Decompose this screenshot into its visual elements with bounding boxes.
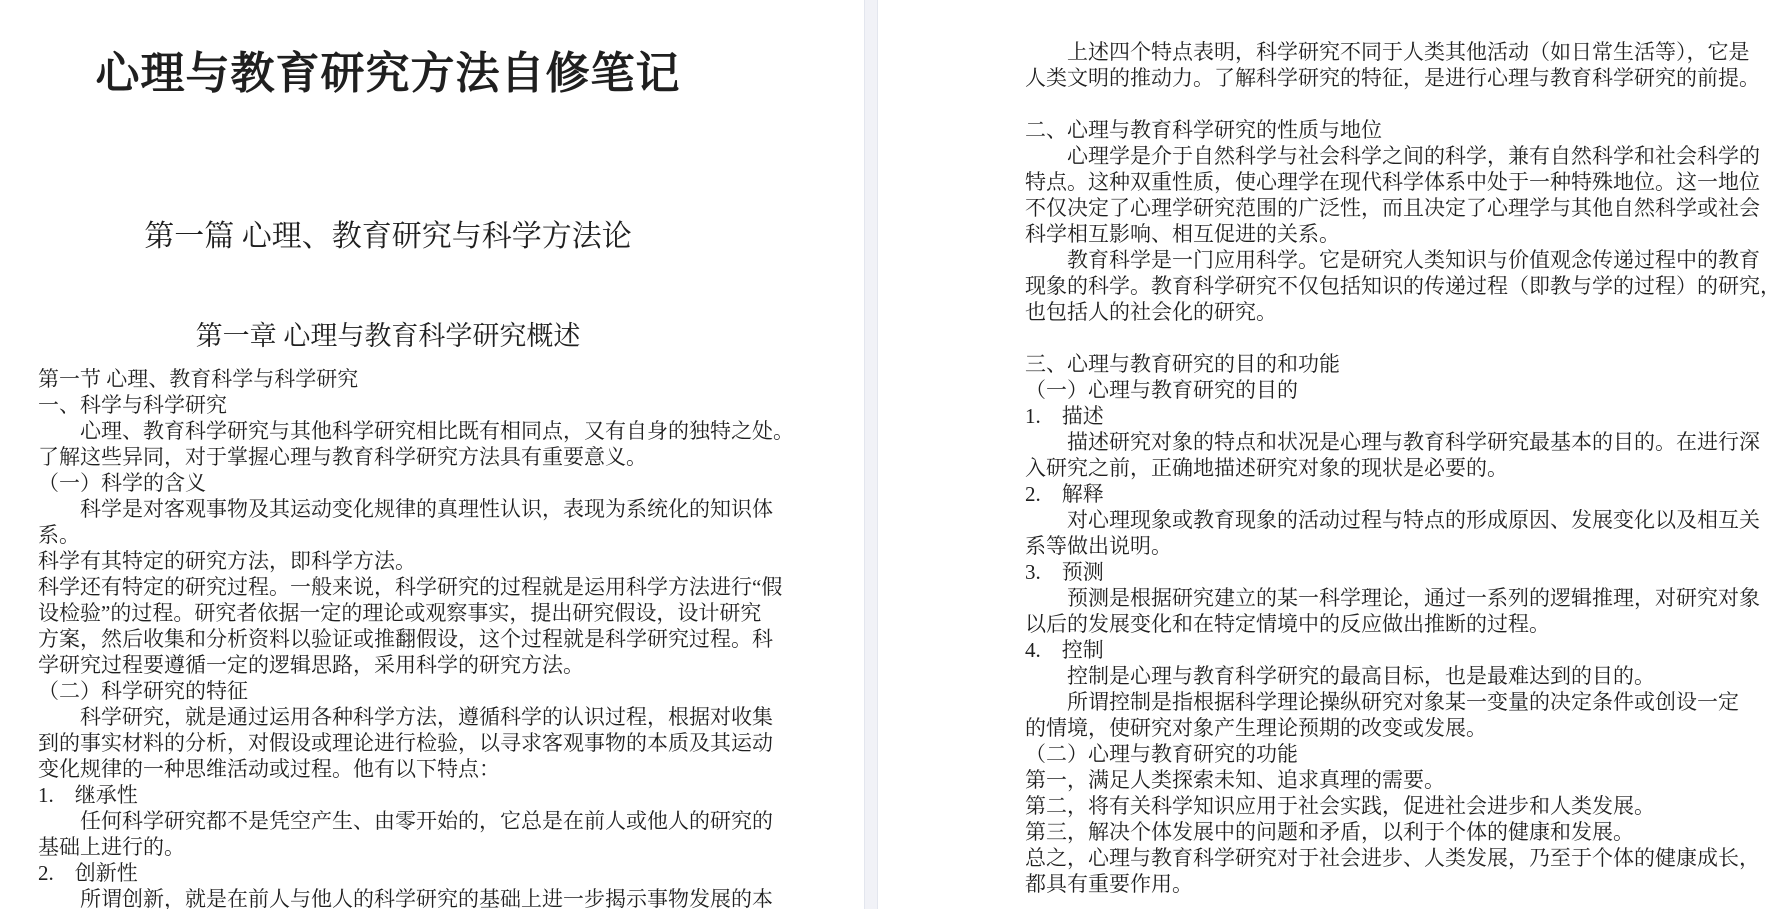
- text-line: 第二，将有关科学知识应用于社会实践，促进社会进步和人类发展。: [1025, 793, 1725, 819]
- text-line: 第一，满足人类探索未知、追求真理的需要。: [1025, 767, 1725, 793]
- page-gutter-divider: [864, 0, 878, 909]
- text-line: 一、科学与科学研究: [38, 392, 738, 418]
- text-line: 第一节 心理、教育科学与科学研究: [38, 366, 738, 392]
- text-line: 科学有其特定的研究方法，即科学方法。: [38, 548, 738, 574]
- text-line: 对心理现象或教育现象的活动过程与特点的形成原因、发展变化以及相互关: [1025, 507, 1725, 533]
- text-line: 以后的发展变化和在特定情境中的反应做出推断的过程。: [1025, 611, 1725, 637]
- chapter-heading: 第一章 心理与教育科学研究概述: [38, 320, 738, 352]
- text-line: 学研究过程要遵循一定的逻辑思路，采用科学的研究方法。: [38, 652, 738, 678]
- part-heading: 第一篇 心理、教育研究与科学方法论: [38, 219, 738, 255]
- text-line: 上述四个特点表明，科学研究不同于人类其他活动（如日常生活等），它是: [1025, 39, 1725, 65]
- text-line: 科学还有特定的研究过程。一般来说，科学研究的过程就是运用科学方法进行“假: [38, 574, 738, 600]
- text-line: 三、心理与教育研究的目的和功能: [1025, 351, 1725, 377]
- text-line: （二）心理与教育研究的功能: [1025, 741, 1725, 767]
- text-line: （一）心理与教育研究的目的: [1025, 377, 1725, 403]
- text-line: 不仅决定了心理学研究范围的广泛性，而且决定了心理学与其他自然科学或社会: [1025, 195, 1725, 221]
- text-line: 也包括人的社会化的研究。: [1025, 299, 1725, 325]
- text-line: 3. 预测: [1025, 559, 1725, 585]
- text-line: 科学研究，就是通过运用各种科学方法，遵循科学的认识过程，根据对收集: [38, 704, 738, 730]
- text-line: 总之，心理与教育科学研究对于社会进步、人类发展，乃至于个体的健康成长，: [1025, 845, 1725, 871]
- text-line: 1. 继承性: [38, 782, 738, 808]
- text-line: 预测是根据研究建立的某一科学理论，通过一系列的逻辑推理，对研究对象: [1025, 585, 1725, 611]
- text-line: 2. 解释: [1025, 481, 1725, 507]
- text-line: 教育科学是一门应用科学。它是研究人类知识与价值观念传递过程中的教育: [1025, 247, 1725, 273]
- text-line: 了解这些异同，对于掌握心理与教育科学研究方法具有重要意义。: [38, 444, 738, 470]
- text-line: 系等做出说明。: [1025, 533, 1725, 559]
- text-line: 科学是对客观事物及其运动变化规律的真理性认识，表现为系统化的知识体: [38, 496, 738, 522]
- document-viewport[interactable]: 心理与教育研究方法自修笔记 第一篇 心理、教育研究与科学方法论 第一章 心理与教…: [0, 0, 1773, 909]
- page-1-text-column: 第一节 心理、教育科学与科学研究一、科学与科学研究 心理、教育科学研究与其他科学…: [38, 366, 738, 909]
- text-line: 系。: [38, 522, 738, 548]
- text-line: 方案，然后收集和分析资料以验证或推翻假设，这个过程就是科学研究过程。科: [38, 626, 738, 652]
- text-line: 心理、教育科学研究与其他科学研究相比既有相同点，又有自身的独特之处。: [38, 418, 738, 444]
- page-2-text-column: 上述四个特点表明，科学研究不同于人类其他活动（如日常生活等），它是人类文明的推动…: [1025, 39, 1725, 897]
- text-line: 人类文明的推动力。了解科学研究的特征，是进行心理与教育科学研究的前提。: [1025, 65, 1725, 91]
- text-line: 二、心理与教育科学研究的性质与地位: [1025, 117, 1725, 143]
- text-line: 特点。这种双重性质，使心理学在现代科学体系中处于一种特殊地位。这一地位: [1025, 169, 1725, 195]
- text-line: 第三，解决个体发展中的问题和矛盾，以利于个体的健康和发展。: [1025, 819, 1725, 845]
- text-line: 都具有重要作用。: [1025, 871, 1725, 897]
- text-line: 心理学是介于自然科学与社会科学之间的科学，兼有自然科学和社会科学的: [1025, 143, 1725, 169]
- text-line: 科学相互影响、相互促进的关系。: [1025, 221, 1725, 247]
- text-line: 的情境，使研究对象产生理论预期的改变或发展。: [1025, 715, 1725, 741]
- text-line: 现象的科学。教育科学研究不仅包括知识的传递过程（即教与学的过程）的研究，: [1025, 273, 1725, 299]
- text-line: 所谓创新，就是在前人与他人的科学研究的基础上进一步揭示事物发展的本: [38, 886, 738, 909]
- text-line: 变化规律的一种思维活动或过程。他有以下特点：: [38, 756, 738, 782]
- text-line: 所谓控制是指根据科学理论操纵研究对象某一变量的决定条件或创设一定: [1025, 689, 1725, 715]
- text-line: （一）科学的含义: [38, 470, 738, 496]
- document-title: 心理与教育研究方法自修笔记: [38, 48, 738, 100]
- text-line: 基础上进行的。: [38, 834, 738, 860]
- text-line: 4. 控制: [1025, 637, 1725, 663]
- text-line: 2. 创新性: [38, 860, 738, 886]
- text-line: [1025, 325, 1725, 351]
- text-line: 到的事实材料的分析，对假设或理论进行检验，以寻求客观事物的本质及其运动: [38, 730, 738, 756]
- text-line: （二）科学研究的特征: [38, 678, 738, 704]
- text-line: 描述研究对象的特点和状况是心理与教育科学研究最基本的目的。在进行深: [1025, 429, 1725, 455]
- text-line: 入研究之前，正确地描述研究对象的现状是必要的。: [1025, 455, 1725, 481]
- text-line: [1025, 91, 1725, 117]
- text-line: 设检验”的过程。研究者依据一定的理论或观察事实，提出研究假设，设计研究: [38, 600, 738, 626]
- text-line: 任何科学研究都不是凭空产生、由零开始的，它总是在前人或他人的研究的: [38, 808, 738, 834]
- text-line: 控制是心理与教育科学研究的最高目标，也是最难达到的目的。: [1025, 663, 1725, 689]
- text-line: 1. 描述: [1025, 403, 1725, 429]
